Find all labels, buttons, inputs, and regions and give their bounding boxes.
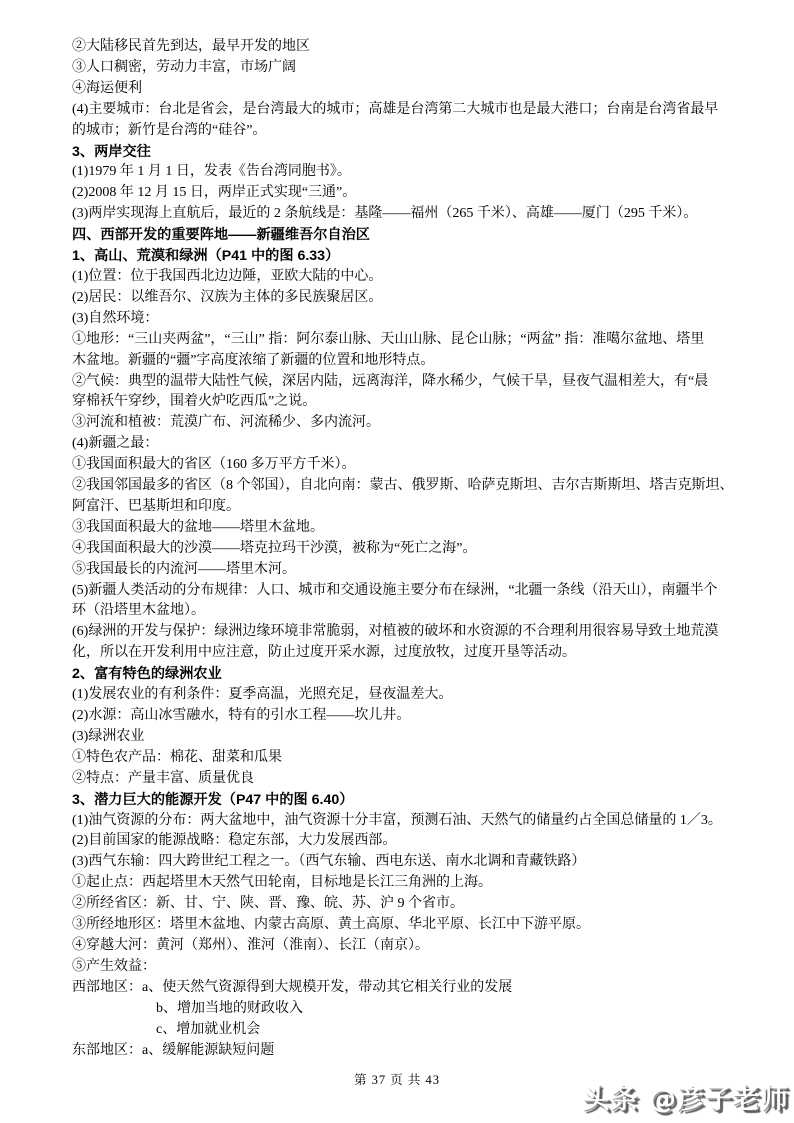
text-line: (5)新疆人类活动的分布规律：人口、城市和交通设施主要分布在绿洲，“北疆一条线（…: [72, 581, 752, 602]
text-line: 3、两岸交往: [72, 142, 752, 163]
text-line: (1)油气资源的分布：两大盆地中，油气资源十分丰富，预测石油、天然气的储量约占全…: [72, 811, 752, 832]
text-line: ①地形：“三山夹两盆”，“三山” 指：阿尔泰山脉、天山山脉、昆仑山脉；“两盆” …: [72, 330, 752, 351]
text-line: ③人口稠密，劳动力丰富，市场广阔: [72, 58, 752, 79]
text-line: ③河流和植被：荒漠广布、河流稀少、多内流河。: [72, 413, 752, 434]
text-line: (3)绿洲农业: [72, 727, 752, 748]
text-line: 环（沿塔里木盆地）。: [72, 601, 752, 622]
text-line: 3、潜力巨大的能源开发（P47 中的图 6.40）: [72, 790, 752, 811]
text-line: 阿富汗、巴基斯坦和印度。: [72, 497, 752, 518]
text-line: ④我国面积最大的沙漠——塔克拉玛干沙漠，被称为“死亡之海”。: [72, 539, 752, 560]
text-line: 2、富有特色的绿洲农业: [72, 664, 752, 685]
text-line: ①我国面积最大的省区（160 多万平方千米）。: [72, 455, 752, 476]
text-line: (6)绿洲的开发与保护：绿洲边缘环境非常脆弱，对植被的破坏和水资源的不合理利用很…: [72, 622, 752, 643]
text-line: 1、高山、荒漠和绿洲（P41 中的图 6.33）: [72, 246, 752, 267]
watermark-text: 头条 @彦子老师: [583, 1077, 789, 1116]
text-line: 的城市；新竹是台湾的“硅谷”。: [72, 121, 752, 142]
text-line: (1)发展农业的有利条件：夏季高温，光照充足，昼夜温差大。: [72, 685, 752, 706]
text-line: ⑤产生效益：: [72, 957, 752, 978]
text-line: ③我国面积最大的盆地——塔里木盆地。: [72, 518, 752, 539]
page-number-text: 第 37 页 共 43: [354, 1073, 440, 1087]
text-line: 四、西部开发的重要阵地——新疆维吾尔自治区: [72, 225, 752, 246]
text-line: ②大陆移民首先到达，最早开发的地区: [72, 37, 752, 58]
text-line: (3)自然环境：: [72, 309, 752, 330]
text-line: (2)居民：以维吾尔、汉族为主体的多民族聚居区。: [72, 288, 752, 309]
text-line: (4)新疆之最：: [72, 434, 752, 455]
text-line: ③所经地形区：塔里木盆地、内蒙古高原、黄土高原、华北平原、长江中下游平原。: [72, 915, 752, 936]
text-line: ④穿越大河：黄河（郑州）、淮河（淮南）、长江（南京）。: [72, 936, 752, 957]
text-line: 穿棉袄午穿纱，围着火炉吃西瓜”之说。: [72, 392, 752, 413]
text-line: 东部地区：a、缓解能源缺短问题: [72, 1041, 752, 1062]
text-line: ①特色农产品：棉花、甜菜和瓜果: [72, 748, 752, 769]
text-line: (3)西气东输：四大跨世纪工程之一。（西气东输、西电东送、南水北调和青藏铁路）: [72, 852, 752, 873]
text-line: ②我国邻国最多的省区（8 个邻国），自北向南：蒙古、俄罗斯、哈萨克斯坦、吉尔吉斯…: [72, 476, 752, 497]
text-line: ⑤我国最长的内流河——塔里木河。: [72, 560, 752, 581]
text-line: (2)目前国家的能源战略：稳定东部，大力发展西部。: [72, 831, 752, 852]
document-body: ②大陆移民首先到达，最早开发的地区③人口稠密，劳动力丰富，市场广阔④海运便利(4…: [72, 37, 752, 1061]
text-line: 木盆地。新疆的“疆”字高度浓缩了新疆的位置和地形特点。: [72, 351, 752, 372]
text-line: c、增加就业机会: [72, 1020, 752, 1041]
text-line: (3)两岸实现海上直航后，最近的 2 条航线是：基隆——福州（265 千米）、高…: [72, 204, 752, 225]
text-line: (1)位置：位于我国西北边边陲，亚欧大陆的中心。: [72, 267, 752, 288]
text-line: (2)2008 年 12 月 15 日，两岸正式实现“三通”。: [72, 183, 752, 204]
text-line: ④海运便利: [72, 79, 752, 100]
document-page: ②大陆移民首先到达，最早开发的地区③人口稠密，劳动力丰富，市场广阔④海运便利(4…: [0, 0, 794, 1123]
text-line: (2)水源：高山冰雪融水，特有的引水工程——坎儿井。: [72, 706, 752, 727]
text-line: b、增加当地的财政收入: [72, 999, 752, 1020]
text-line: (1)1979 年 1 月 1 日，发表《告台湾同胞书》。: [72, 162, 752, 183]
text-line: ②所经省区：新、甘、宁、陕、晋、豫、皖、苏、沪 9 个省市。: [72, 894, 752, 915]
text-line: ②气候：典型的温带大陆性气候，深居内陆，远离海洋，降水稀少，气候干旱，昼夜气温相…: [72, 372, 752, 393]
text-line: 西部地区：a、使天然气资源得到大规模开发，带动其它相关行业的发展: [72, 978, 752, 999]
text-line: (4)主要城市：台北是省会，是台湾最大的城市；高雄是台湾第二大城市也是最大港口；…: [72, 100, 752, 121]
text-line: 化，所以在开发利用中应注意，防止过度开采水源，过度放牧，过度开垦等活动。: [72, 643, 752, 664]
text-line: ①起止点：西起塔里木天然气田轮南，目标地是长江三角洲的上海。: [72, 873, 752, 894]
text-line: ②特点：产量丰富、质量优良: [72, 769, 752, 790]
